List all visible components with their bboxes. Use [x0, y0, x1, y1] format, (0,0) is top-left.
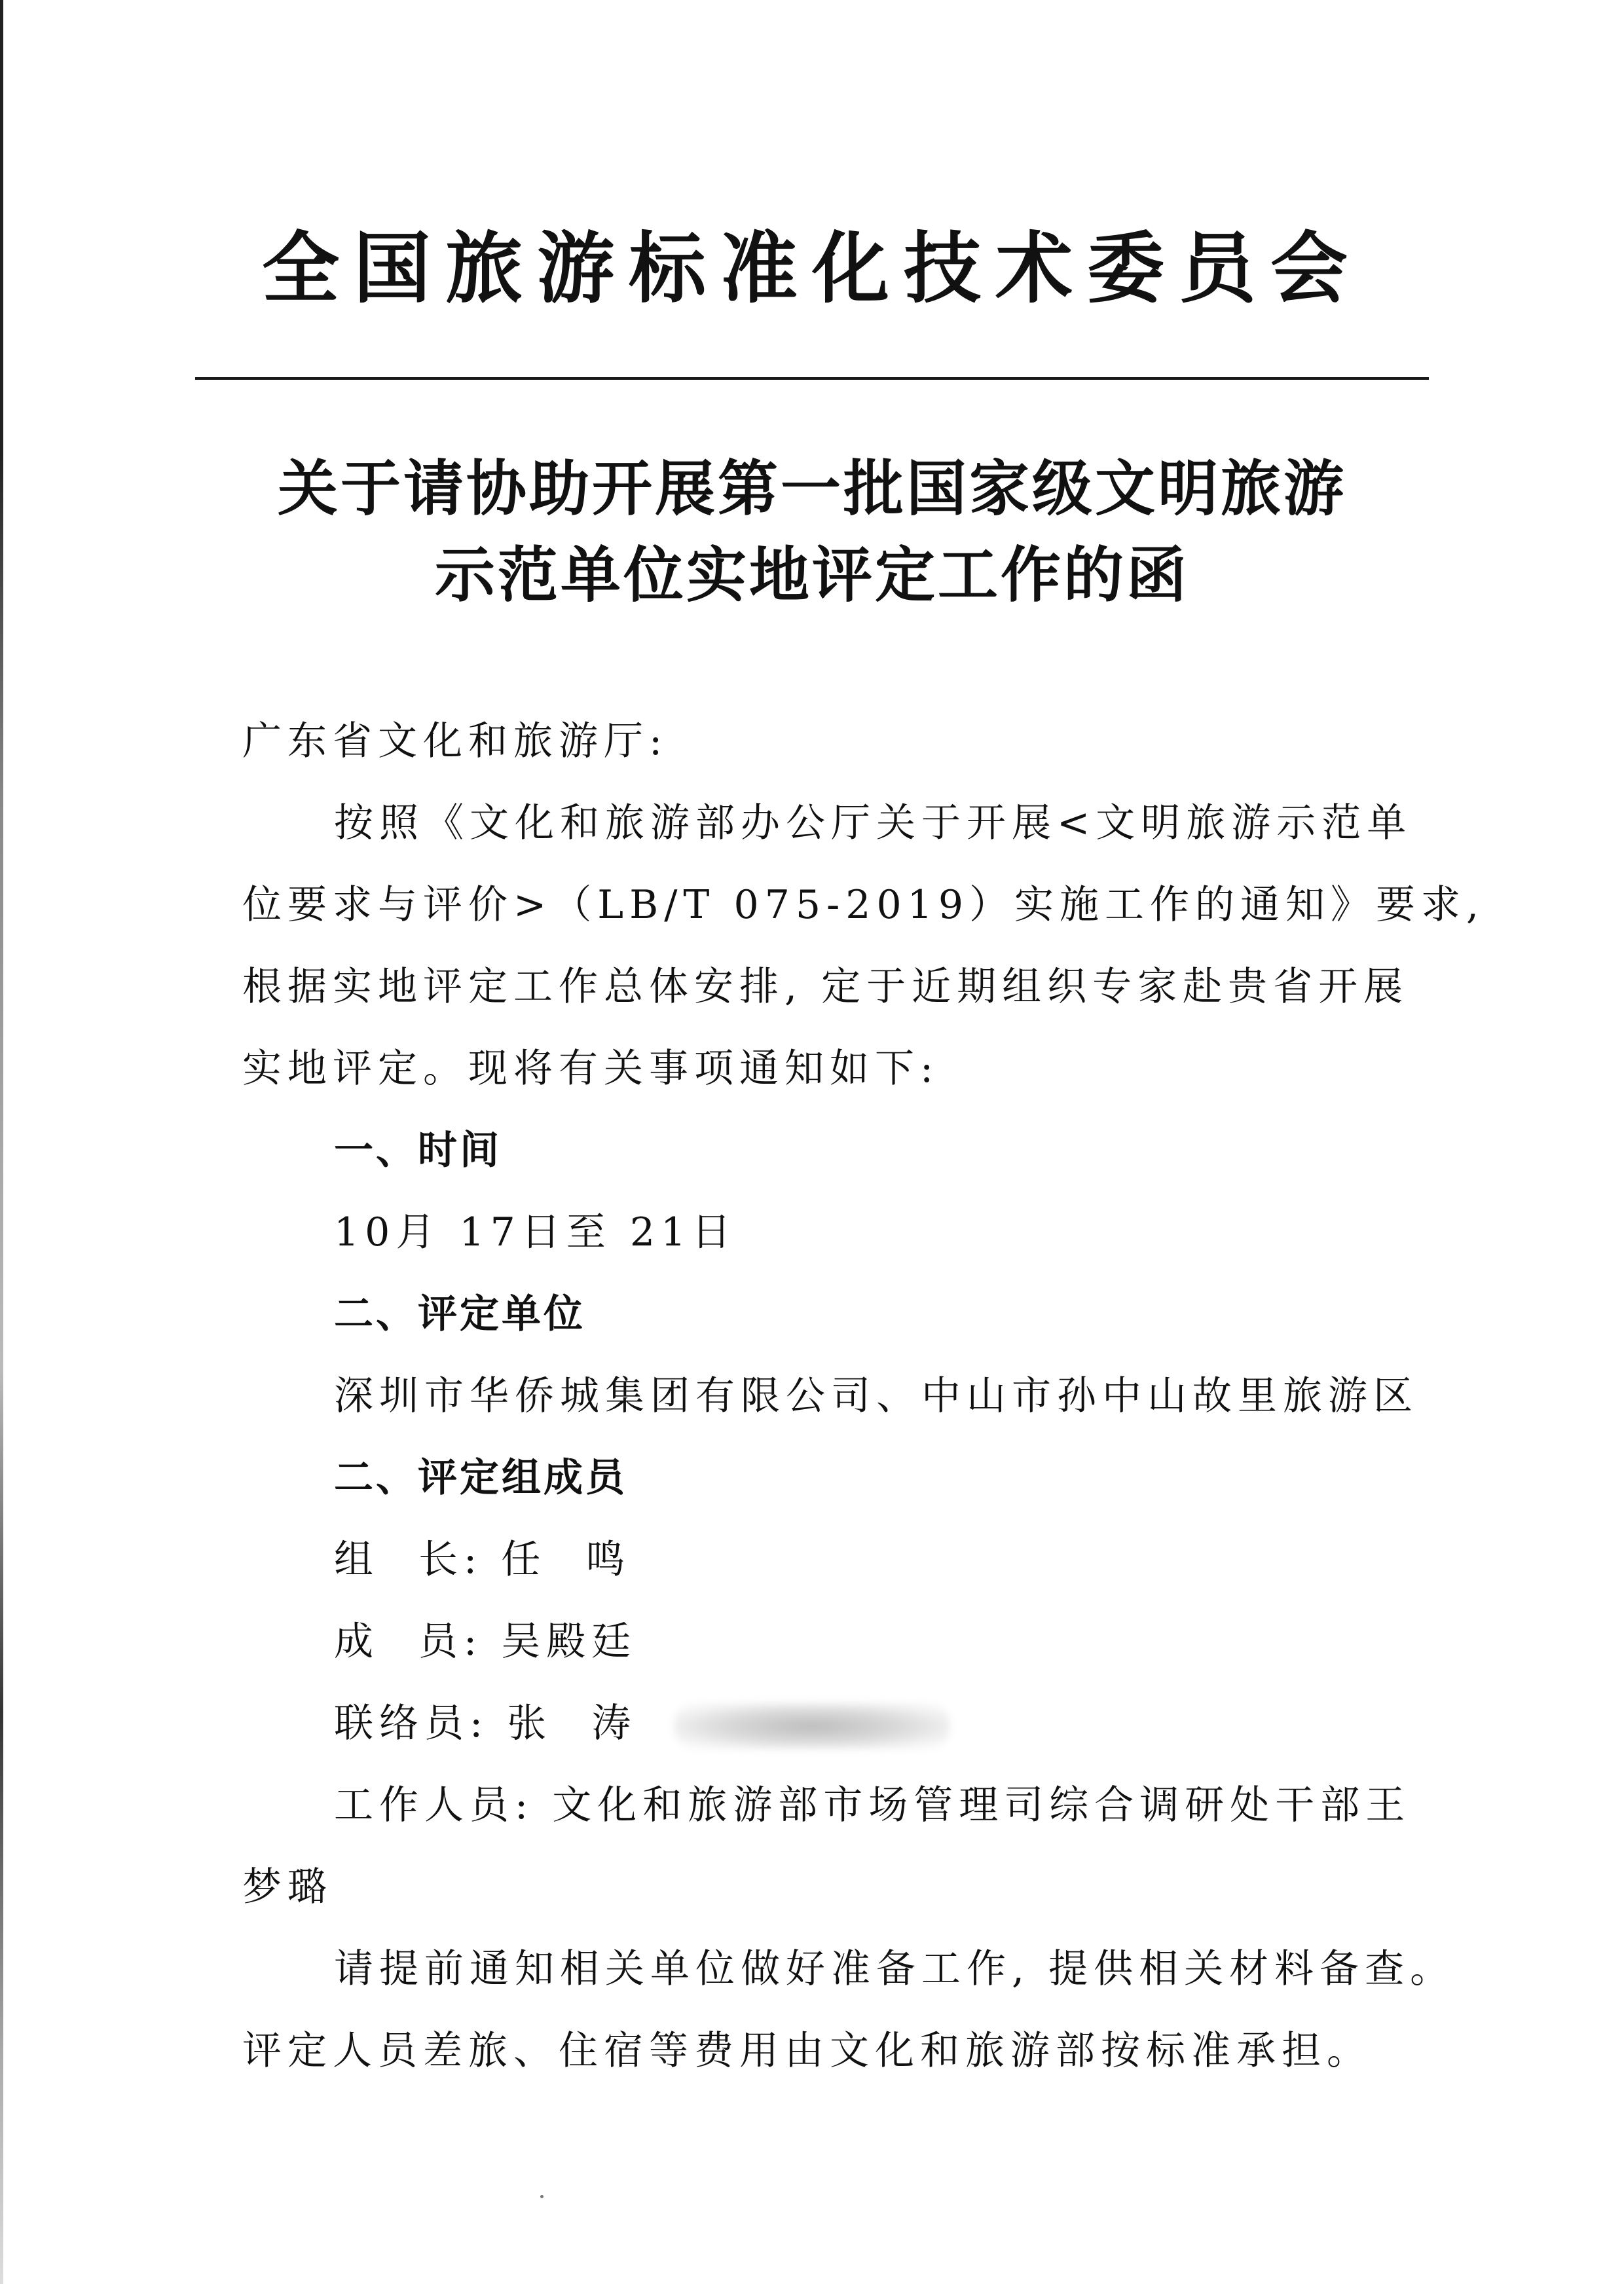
- closing-line-1: 请提前通知相关单位做好准备工作, 提供相关材料备查。: [242, 1928, 1428, 2010]
- member-liaison: 联络员: 张涛: [242, 1683, 1428, 1765]
- intro-line-1: 按照《文化和旅游部办公厅关于开展<文明旅游示范单: [242, 783, 1428, 864]
- intro-line-4: 实地评定。现将有关事项通知如下:: [242, 1028, 1428, 1110]
- organization-header: 全国旅游标准化技术委员会: [196, 219, 1428, 318]
- document-body: 广东省文化和旅游厅: 按照《文化和旅游部办公厅关于开展<文明旅游示范单 位要求与…: [242, 701, 1428, 2092]
- header-divider: [195, 377, 1429, 380]
- liaison-label: 联络员:: [334, 1701, 489, 1746]
- leader-label-a: 组: [334, 1537, 379, 1583]
- intro-line-2: 位要求与评价>（LB/T 075-2019）实施工作的通知》要求,: [242, 864, 1428, 946]
- section-content-units: 深圳市华侨城集团有限公司、中山市孙中山故里旅游区: [242, 1355, 1428, 1437]
- staff-line-1: 工作人员: 文化和旅游部市场管理司综合调研处干部王: [242, 1765, 1428, 1847]
- leader-name-b: 鸣: [585, 1537, 631, 1583]
- liaison-name-a: 张: [507, 1701, 552, 1746]
- scan-speck: [540, 2195, 544, 2198]
- member-label-a: 成: [334, 1619, 379, 1665]
- section-heading-members: 二、评定组成员: [242, 1437, 1428, 1519]
- member-label-b: 员:: [418, 1619, 483, 1665]
- document-title: 关于请协助开展第一批国家级文明旅游 示范单位实地评定工作的函: [196, 445, 1428, 618]
- leader-label-b: 长:: [418, 1537, 483, 1583]
- redacted-phone-blur: [674, 1703, 950, 1749]
- staff-line-2: 梦璐: [242, 1847, 1428, 1928]
- liaison-name-b: 涛: [591, 1701, 637, 1746]
- scan-left-edge: [0, 0, 3, 2284]
- section-content-time: 10月 17日至 21日: [242, 1192, 1428, 1274]
- leader-name-a: 任: [501, 1537, 546, 1583]
- member-name: 吴殿廷: [501, 1619, 637, 1665]
- section-heading-time: 一、时间: [242, 1110, 1428, 1192]
- document-title-line-1: 关于请协助开展第一批国家级文明旅游: [196, 445, 1428, 532]
- addressee: 广东省文化和旅游厅:: [242, 701, 1428, 783]
- document-title-line-2: 示范单位实地评定工作的函: [196, 532, 1428, 618]
- section-heading-units: 二、评定单位: [242, 1274, 1428, 1355]
- intro-line-3: 根据实地评定工作总体安排, 定于近期组织专家赴贵省开展: [242, 946, 1428, 1028]
- member-leader: 组长: 任鸣: [242, 1519, 1428, 1601]
- member-member: 成员: 吴殿廷: [242, 1601, 1428, 1683]
- closing-line-2: 评定人员差旅、住宿等费用由文化和旅游部按标准承担。: [242, 2010, 1428, 2092]
